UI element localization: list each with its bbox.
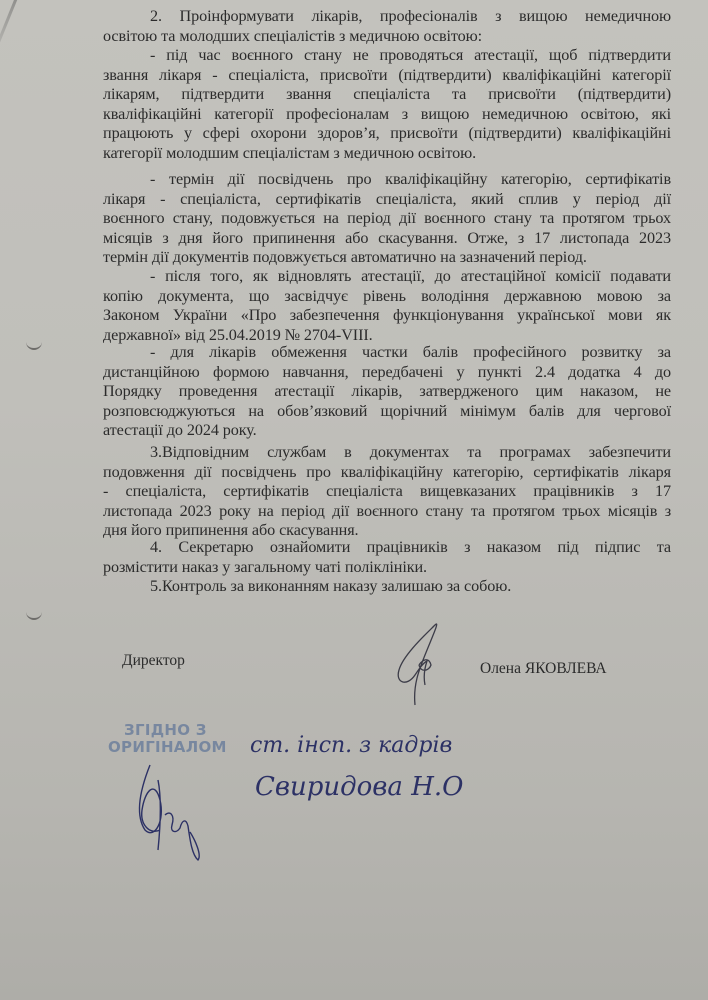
signature-block: Директор Олена ЯКОВЛЕВА [0, 650, 708, 710]
text-line: - після того, як відновлять атестації, д… [103, 267, 671, 287]
text-line: - термін дії посвідчень про кваліфікацій… [103, 170, 671, 190]
text-line: Порядку проведення атестації лікарів, за… [103, 382, 671, 402]
text-line: листопада 2023 року на період дії воєнно… [103, 502, 671, 522]
scanned-document-page: 2. Проінформувати лікарів, професіоналів… [0, 0, 708, 1000]
signatory-title: Директор [122, 652, 185, 670]
bullet-item-certificate-term: - термін дії посвідчень про кваліфікацій… [103, 170, 671, 268]
bullet-item-attestation: - під час воєнного стану не проводяться … [103, 46, 671, 164]
text-line: 3.Відповідним службам в документах та пр… [103, 443, 671, 463]
paragraph-4: 4. Секретарю ознайомити працівників з на… [103, 538, 671, 577]
text-line: термін дії документів подовжується автом… [103, 248, 671, 268]
text-line: розповсюджуються на обов’язковий щорічни… [103, 402, 671, 422]
text-line: розмістити наказ у загальному чаті полік… [103, 558, 671, 578]
bullet-item-distance-learning: - для лікарів обмеження частки балів про… [103, 343, 671, 441]
handwritten-name: Свиридова Н.О [255, 772, 463, 802]
text-line: - для лікарів обмеження частки балів про… [103, 343, 671, 363]
text-line: подовження дії посвідчень про кваліфікац… [103, 463, 671, 483]
text-line: атестації до 2024 року. [103, 421, 671, 441]
paragraph-3: 3.Відповідним службам в документах та пр… [103, 443, 671, 541]
paragraph-5: 5.Контроль за виконанням наказу залишаю … [103, 577, 671, 597]
paragraph-2: 2. Проінформувати лікарів, професіоналів… [103, 7, 671, 46]
text-line: воєнного стану, подовжується на період д… [103, 209, 671, 229]
text-line: Законом України «Про забезпечення функці… [103, 306, 671, 326]
text-line: звання лікаря - спеціаліста, присвоїти (… [103, 66, 671, 86]
true-copy-stamp: ЗГІДНО З ОРИГІНАЛОМ [108, 722, 227, 756]
signatory-name: Олена ЯКОВЛЕВА [480, 660, 607, 678]
page-fold-shadow [0, 0, 21, 65]
text-line: освітою та молодших спеціалістів з медич… [103, 27, 671, 47]
text-line: категорії молодшим спеціалістам з медичн… [103, 144, 671, 164]
punch-hole-bottom [26, 604, 42, 620]
text-line: 2. Проінформувати лікарів, професіоналів… [103, 7, 671, 27]
bullet-item-language-document: - після того, як відновлять атестації, д… [103, 267, 671, 345]
stamp-line-1: ЗГІДНО З [108, 722, 227, 739]
text-line: 5.Контроль за виконанням наказу залишаю … [103, 577, 671, 597]
handwritten-position: ст. інсп. з кадрів [250, 733, 452, 758]
director-signature-icon [385, 615, 455, 710]
text-line: копію документа, що засвідчує рівень вол… [103, 287, 671, 307]
text-line: працюють у сфері охорони здоров’я, присв… [103, 124, 671, 144]
text-line: кваліфікаційні категорії професіоналам з… [103, 105, 671, 125]
hr-inspector-signature-icon [130, 760, 220, 870]
text-line: лікарям, підтвердити звання спеціаліста … [103, 85, 671, 105]
text-line: - спеціаліста, сертифікатів спеціаліста … [103, 482, 671, 502]
text-line: лікаря - спеціаліста, сертифікатів спеці… [103, 190, 671, 210]
text-line: дистанційною формою навчання, передбачен… [103, 363, 671, 383]
text-line: - під час воєнного стану не проводяться … [103, 46, 671, 66]
text-line: місяців з дня його припинення або скасув… [103, 229, 671, 249]
text-line: 4. Секретарю ознайомити працівників з на… [103, 538, 671, 558]
stamp-line-2: ОРИГІНАЛОМ [108, 738, 227, 756]
punch-hole-top [26, 334, 42, 350]
